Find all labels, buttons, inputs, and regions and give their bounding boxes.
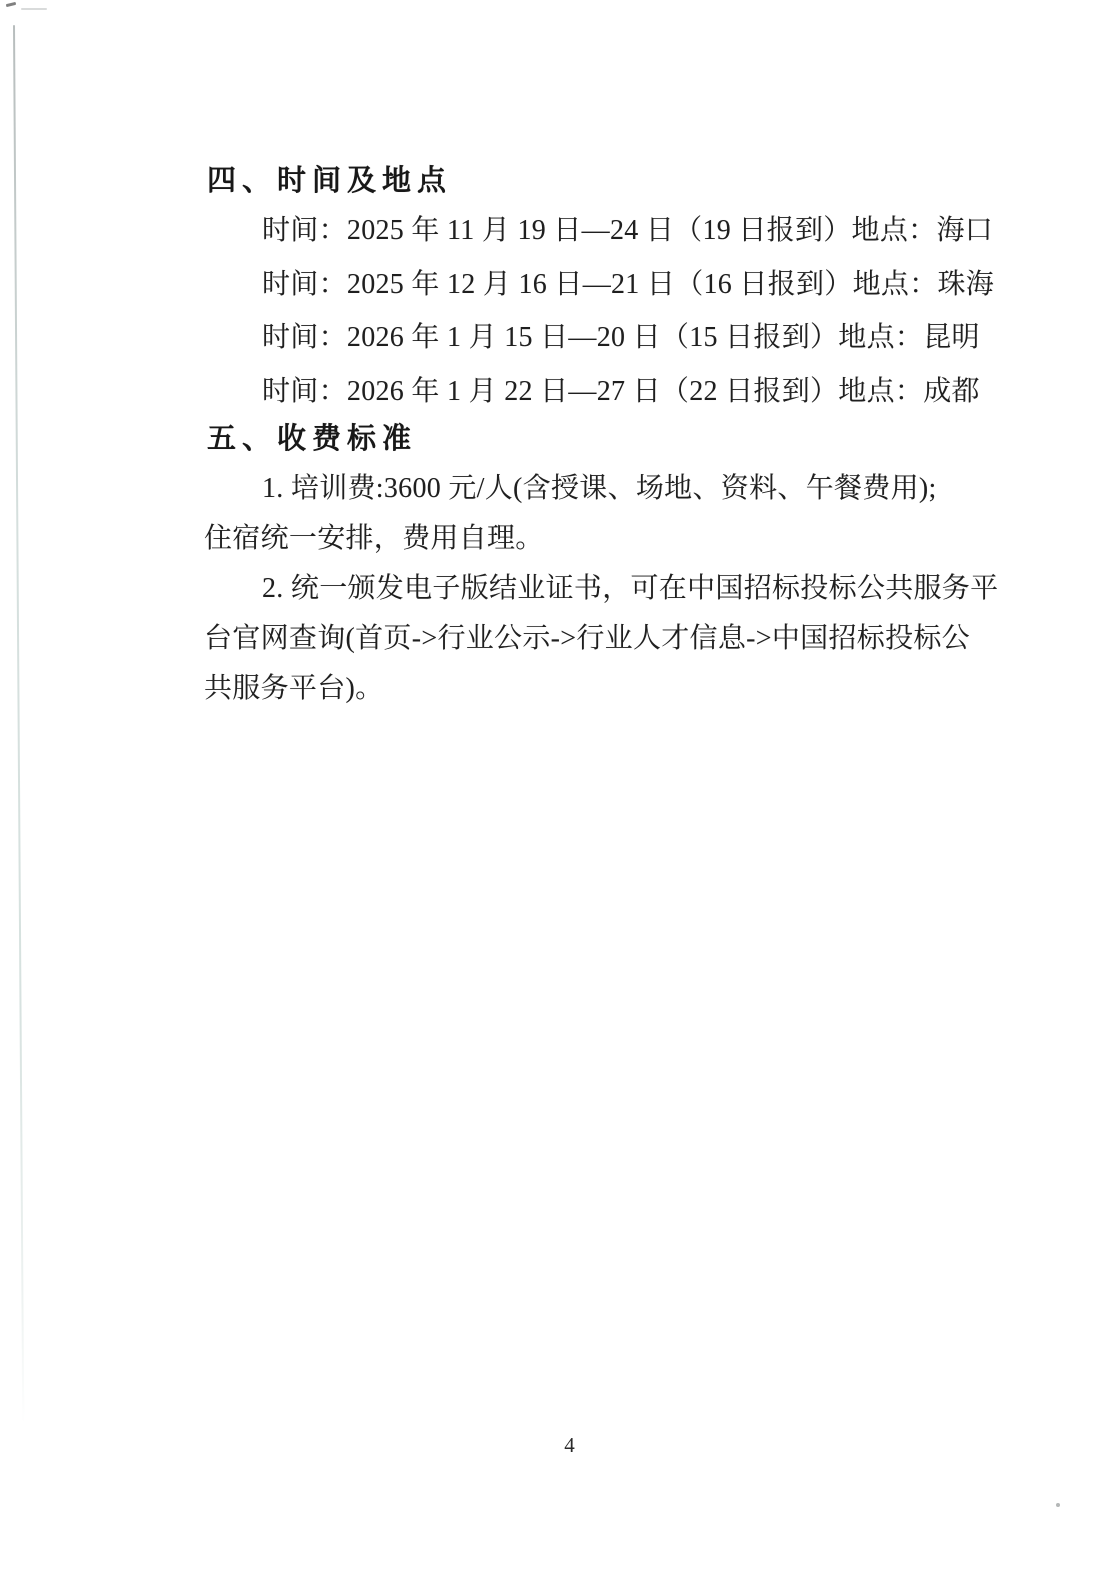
fee-item2-line3: 共服务平台)。 bbox=[204, 671, 905, 707]
section-heading-fee-standard: 五、收费标准 bbox=[207, 420, 417, 458]
scanned-document-page: 四、时间及地点 时间：2025 年 11 月 19 日—24 日（19 日报到）… bbox=[0, 0, 1117, 1579]
fee-item1-line2: 住宿统一安排，费用自理。 bbox=[204, 521, 905, 557]
schedule-line-chengdu: 时间：2026 年 1 月 22 日—27 日（22 日报到）地点：成都 bbox=[204, 374, 948, 410]
scan-speck bbox=[1056, 1503, 1060, 1507]
schedule-line-haikou: 时间：2025 年 11 月 19 日—24 日（19 日报到）地点：海口 bbox=[204, 213, 948, 249]
section-heading-time-location: 四、时间及地点 bbox=[207, 162, 452, 200]
schedule-line-zhuhai: 时间：2025 年 12 月 16 日—21 日（16 日报到）地点：珠海 bbox=[204, 267, 948, 303]
fee-item2-line1: 2. 统一颁发电子版结业证书，可在中国招标投标公共服务平 bbox=[204, 571, 905, 607]
scan-corner-mark bbox=[6, 2, 16, 7]
scan-noise-dash bbox=[21, 8, 47, 10]
fee-item1-line1: 1. 培训费:3600 元/人(含授课、场地、资料、午餐费用); bbox=[204, 471, 905, 507]
schedule-line-kunming: 时间：2026 年 1 月 15 日—20 日（15 日报到）地点：昆明 bbox=[204, 320, 948, 356]
scan-edge-artifact-line bbox=[13, 25, 24, 1425]
fee-item2-line2: 台官网查询(首页->行业公示->行业人才信息->中国招标投标公 bbox=[204, 621, 905, 657]
page-number: 4 bbox=[11, 1432, 1117, 1458]
